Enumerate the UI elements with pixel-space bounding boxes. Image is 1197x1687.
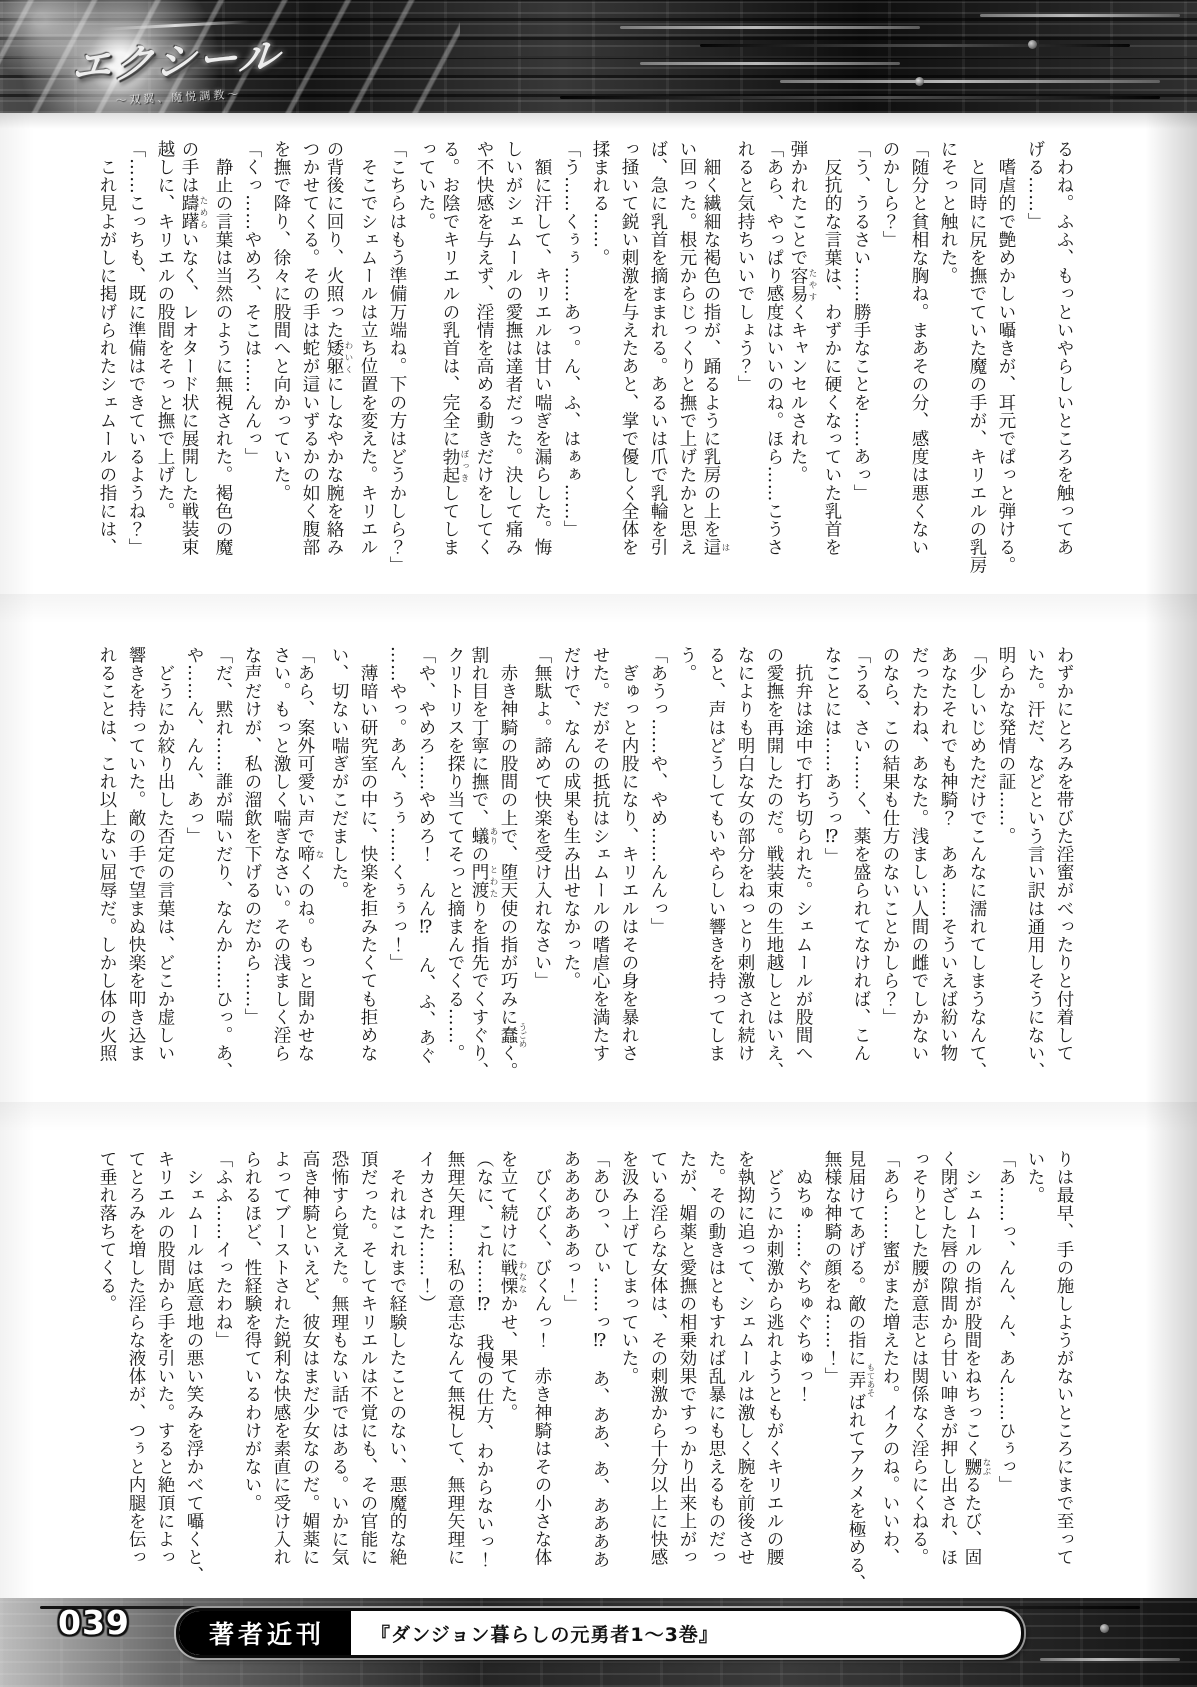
- text-column: られるほど、性経験を得ているわけがない。: [237, 1150, 266, 1592]
- text-column: しいがシェムールの愛撫は達者だった。決して痛み: [498, 140, 527, 574]
- text-column: せた。だがその抵抗はシェムールの嗜虐心を満たす: [585, 646, 614, 1080]
- text-column: びくびく、びくんっ！ 赤き神騎はその小さな体: [527, 1150, 556, 1592]
- circuit-node-decoration: [1028, 40, 1037, 49]
- circuit-line-decoration: [620, 26, 920, 29]
- text-column: それはこれまで経験したことのない、悪魔的な絶: [382, 1150, 411, 1592]
- text-column: 「あら……蜜がまた増えたわ。イクのね。いいわ、: [875, 1150, 904, 1592]
- text-column: 「あら、案外可愛い声で啼なくのね。もっと聞かせな: [295, 646, 324, 1080]
- upcoming-book-title: 『ダンジョン暮らしの元勇者1～3巻』: [351, 1620, 739, 1647]
- text-column: なによりも明白な女の部分をねっとり刺激され続け: [730, 646, 759, 1080]
- text-column: よってブーストされた鋭利な快感を素直に受け入れ: [266, 1150, 295, 1592]
- circuit-node-decoration: [915, 77, 924, 86]
- text-column: 「や、やめろ……やめろ！ んん⁉ ん、ふ、あぐ: [411, 646, 440, 1080]
- text-column: 「こちらはもう準備万端ね。下の方はどうかしら？」: [382, 140, 411, 574]
- text-column: を撫で降り、徐々に股間へと向かっていた。: [266, 140, 295, 574]
- text-column: ている淫らな女体は、その刺激から十分以上に快感: [643, 1150, 672, 1592]
- circuit-line-decoration: [780, 80, 1160, 83]
- text-column: ……やっ。あん、うぅ……くぅぅっ！」: [382, 646, 411, 1080]
- text-column: シェムールは底意地の悪い笑みを浮かべて囁くと、: [179, 1150, 208, 1592]
- text-column: いた。汗だ、などという言い訳は通用しそうにない、: [1020, 646, 1049, 1080]
- text-column: 「あ……っ、んん、ん、あん……ひぅっ」: [991, 1150, 1020, 1592]
- scan-shadow-decoration: [0, 594, 1197, 624]
- text-column: 「少しいじめただけでこんなに濡れてしまうなんて、: [962, 646, 991, 1080]
- text-column: 見届けてあげる。敵の指に弄もてあそばれてアクメを極める、: [846, 1150, 875, 1592]
- text-column: を執拗に追って、シェムールは激しく腕を前後させ: [730, 1150, 759, 1592]
- text-column: なことには……あうっ⁉」: [817, 646, 846, 1080]
- circuit-line-decoration: [640, 62, 900, 65]
- text-column: や不快感を与えず、淫情を高める動きだけをしてく: [469, 140, 498, 574]
- circuit-node-decoration: [1100, 1624, 1109, 1633]
- series-logo-title: エクシール: [69, 24, 283, 92]
- text-column: 「随分と貧相な胸ね。まあその分、感度は悪くない: [904, 140, 933, 574]
- text-column: 明らかな発情の証……。: [991, 646, 1020, 1080]
- series-logo: エクシール ～双翼、魔悦調教～: [70, 19, 283, 111]
- text-column: のなら、この結果も仕方のないことかしら？」: [875, 646, 904, 1080]
- text-column: の手は躊躇ためらいなく、レオタード状に展開した戦装束: [179, 140, 208, 574]
- text-column: た。その動きはともすれば乱暴にも思えるものだっ: [701, 1150, 730, 1592]
- text-column: ると、声はどうしてもいやらしい響きを持ってしま: [701, 646, 730, 1080]
- text-column: 高き神騎といえど、彼女はまだ少女なのだ。媚薬に: [295, 1150, 324, 1592]
- text-column: どうにか刺激から逃れようともがくキリエルの腰: [759, 1150, 788, 1592]
- scan-shadow-decoration: [0, 1102, 1197, 1132]
- header-banner: エクシール ～双翼、魔悦調教～: [0, 0, 1197, 113]
- text-column: の愛撫を再開したのだ。戦装束の生地越しとはいえ、: [759, 646, 788, 1080]
- text-column: これ見よがしに掲げられたシェムールの指には、: [92, 140, 121, 574]
- text-column: ぎゅっと内股になり、キリエルはその身を暴れさ: [614, 646, 643, 1080]
- text-column: 「あひっ、ひぃ……っ⁉ あ、ああ、あ、ああああ: [585, 1150, 614, 1592]
- text-column: わずかにとろみを帯びた淫蜜がべったりと付着して: [1049, 646, 1078, 1080]
- text-column: 無理矢理……私の意志なんて無視して、無理矢理に: [440, 1150, 469, 1592]
- text-column: を立て続けに戦慄わななかせ、果てた。: [498, 1150, 527, 1592]
- text-column: ああああああっ！」: [556, 1150, 585, 1592]
- text-column: げる……」: [1020, 140, 1049, 574]
- text-column: 赤き神騎の股間の上で、堕天使の指が巧みに蠢うごめく。: [498, 646, 527, 1080]
- text-column: て垂れ落ちてくる。: [92, 1150, 121, 1592]
- scan-shadow-decoration: [0, 113, 1197, 129]
- text-column: 恐怖すら覚えた。無理もない話ではある。いかに気: [324, 1150, 353, 1592]
- text-column: 「う……くぅぅ……あっ。ん、ふ、はぁぁ……」: [556, 140, 585, 574]
- text-column: 響きを持っていた。敵の手で望まぬ快楽を叩き込ま: [121, 646, 150, 1080]
- text-column: 「ふふ……イったわね」: [208, 1150, 237, 1592]
- text-column: 細く繊細な褐色の指が、踊るように乳房の上を這は: [701, 140, 730, 574]
- author-upcoming-label: 著者近刊: [179, 1611, 351, 1655]
- text-column: 弾かれたことで容易たやすくキャンセルされた。: [788, 140, 817, 574]
- page-edge-shadow: [0, 113, 34, 1598]
- text-column: っそりとした腰が意志とは関係なく淫らにくねる。: [904, 1150, 933, 1592]
- text-column: 「う、うるさい……勝手なことを……あっ」: [846, 140, 875, 574]
- text-column: れることは、これ以上ない屈辱だ。しかし体の火照: [92, 646, 121, 1080]
- text-column: 抗弁は途中で打ち切られた。シェムールが股間へ: [788, 646, 817, 1080]
- text-column: 「……こっちも、既に準備はできているようね？」: [121, 140, 150, 574]
- text-column: と同時に尻を撫でていた魔の手が、キリエルの乳房: [962, 140, 991, 574]
- text-column: 揉まれる……。: [585, 140, 614, 574]
- novel-text-block-2: わずかにとろみを帯びた淫蜜がべったりと付着していた。汗だ、などという言い訳は通用…: [92, 646, 1078, 1080]
- text-column: あなたそれでも神騎？ ああ……そういえば紛い物: [933, 646, 962, 1080]
- text-column: 「無駄よ。諦めて快楽を受け入れなさい」: [527, 646, 556, 1080]
- text-column: を汲み上げてしまっていた。: [614, 1150, 643, 1592]
- text-column: るわね。ふふ、もっといやらしいところを触ってあ: [1049, 140, 1078, 574]
- text-column: や……ん、んん、あっ」: [179, 646, 208, 1080]
- text-column: な声だけが、私の溜飲を下げるのだから……」: [237, 646, 266, 1080]
- text-column: 薄暗い研究室の中に、快楽を拒みたくても拒めな: [353, 646, 382, 1080]
- text-column: い、切ない喘ぎがこだました。: [324, 646, 353, 1080]
- text-column: 「だ、黙れ……誰が喘いだり、なんか……ひっ。あ、: [208, 646, 237, 1080]
- page-edge-shadow: [1145, 113, 1197, 1598]
- text-column: 「くっ……やめろ、そこは……んんっ」: [237, 140, 266, 574]
- text-column: 反抗的な言葉は、わずかに硬くなっていた乳首を: [817, 140, 846, 574]
- text-column: そこでシェムールは立ち位置を変えた。キリエル: [353, 140, 382, 574]
- text-column: シェムールの指が股間をねちっこく嬲なぶるたび、固: [962, 1150, 991, 1592]
- text-column: 頂だった。そしてキリエルは不覚にも、その官能に: [353, 1150, 382, 1592]
- text-column: イカされた……！）: [411, 1150, 440, 1592]
- circuit-line-decoration: [560, 96, 1160, 99]
- circuit-line-decoration: [980, 14, 1180, 17]
- text-column: う。: [672, 646, 701, 1080]
- page-number: 039: [58, 1603, 130, 1642]
- text-column: 静止の言葉は当然のように無視された。褐色の魔: [208, 140, 237, 574]
- text-column: る。お陰でキリエルの乳首は、完全に勃起ぼっきしてしま: [440, 140, 469, 574]
- text-column: どうにか絞り出した否定の言葉は、どこか虚しい: [150, 646, 179, 1080]
- text-column: 嗜虐的で艶めかしい囁きが、耳元でぱっと弾ける。: [991, 140, 1020, 574]
- text-column: の背後に回り、火照った矮躯わいくにしなやかな腕を絡み: [324, 140, 353, 574]
- text-column: だったわね、あなた。浅ましい人間の雌でしかない: [904, 646, 933, 1080]
- text-column: てとろみを増した淫らな液体が、つぅと内腿を伝っ: [121, 1150, 150, 1592]
- text-column: りは最早、手の施しようがないところにまで至って: [1049, 1150, 1078, 1592]
- text-column: にそっと触れた。: [933, 140, 962, 574]
- text-column: 「あうっ……や、やめ……んんっ」: [643, 646, 672, 1080]
- text-column: いた。: [1020, 1150, 1049, 1592]
- text-column: っ掻いて鋭い刺激を与えたあと、掌で優しく全体を: [614, 140, 643, 574]
- circuit-line-decoration: [700, 44, 1130, 47]
- novel-text-block-3: りは最早、手の施しようがないところにまで至っていた。「あ……っ、んん、ん、あん……: [92, 1150, 1078, 1592]
- text-column: 額に汗して、キリエルは甘い喘ぎを漏らした。悔: [527, 140, 556, 574]
- circuit-line-decoration: [1040, 1658, 1180, 1661]
- novel-text-block-1: るわね。ふふ、もっといやらしいところを触ってあげる……」 嗜虐的で艶めかしい囁き…: [92, 140, 1078, 574]
- author-upcoming-bar: 著者近刊 『ダンジョン暮らしの元勇者1～3巻』: [176, 1608, 1024, 1658]
- scanned-novel-page: { "header": { "logo_main": "エクシール", "log…: [0, 0, 1197, 1687]
- text-column: だけで、なんの成果も生み出せなかった。: [556, 646, 585, 1080]
- text-column: たが、媚薬と愛撫の相乗効果ですっかり出来上がっ: [672, 1150, 701, 1592]
- text-column: のかしら？」: [875, 140, 904, 574]
- text-column: 「うる、さい……く、薬を盛られてなければ、こん: [846, 646, 875, 1080]
- text-column: ぬちゅ……ぐちゅぐちゅっ！: [788, 1150, 817, 1592]
- text-column: ば、急に乳首を摘ままれる。あるいは爪で乳輪を引: [643, 140, 672, 574]
- text-column: キリエルの股間から手を引いた。すると絶頂によっ: [150, 1150, 179, 1592]
- text-column: れると気持ちいいでしょう？」: [730, 140, 759, 574]
